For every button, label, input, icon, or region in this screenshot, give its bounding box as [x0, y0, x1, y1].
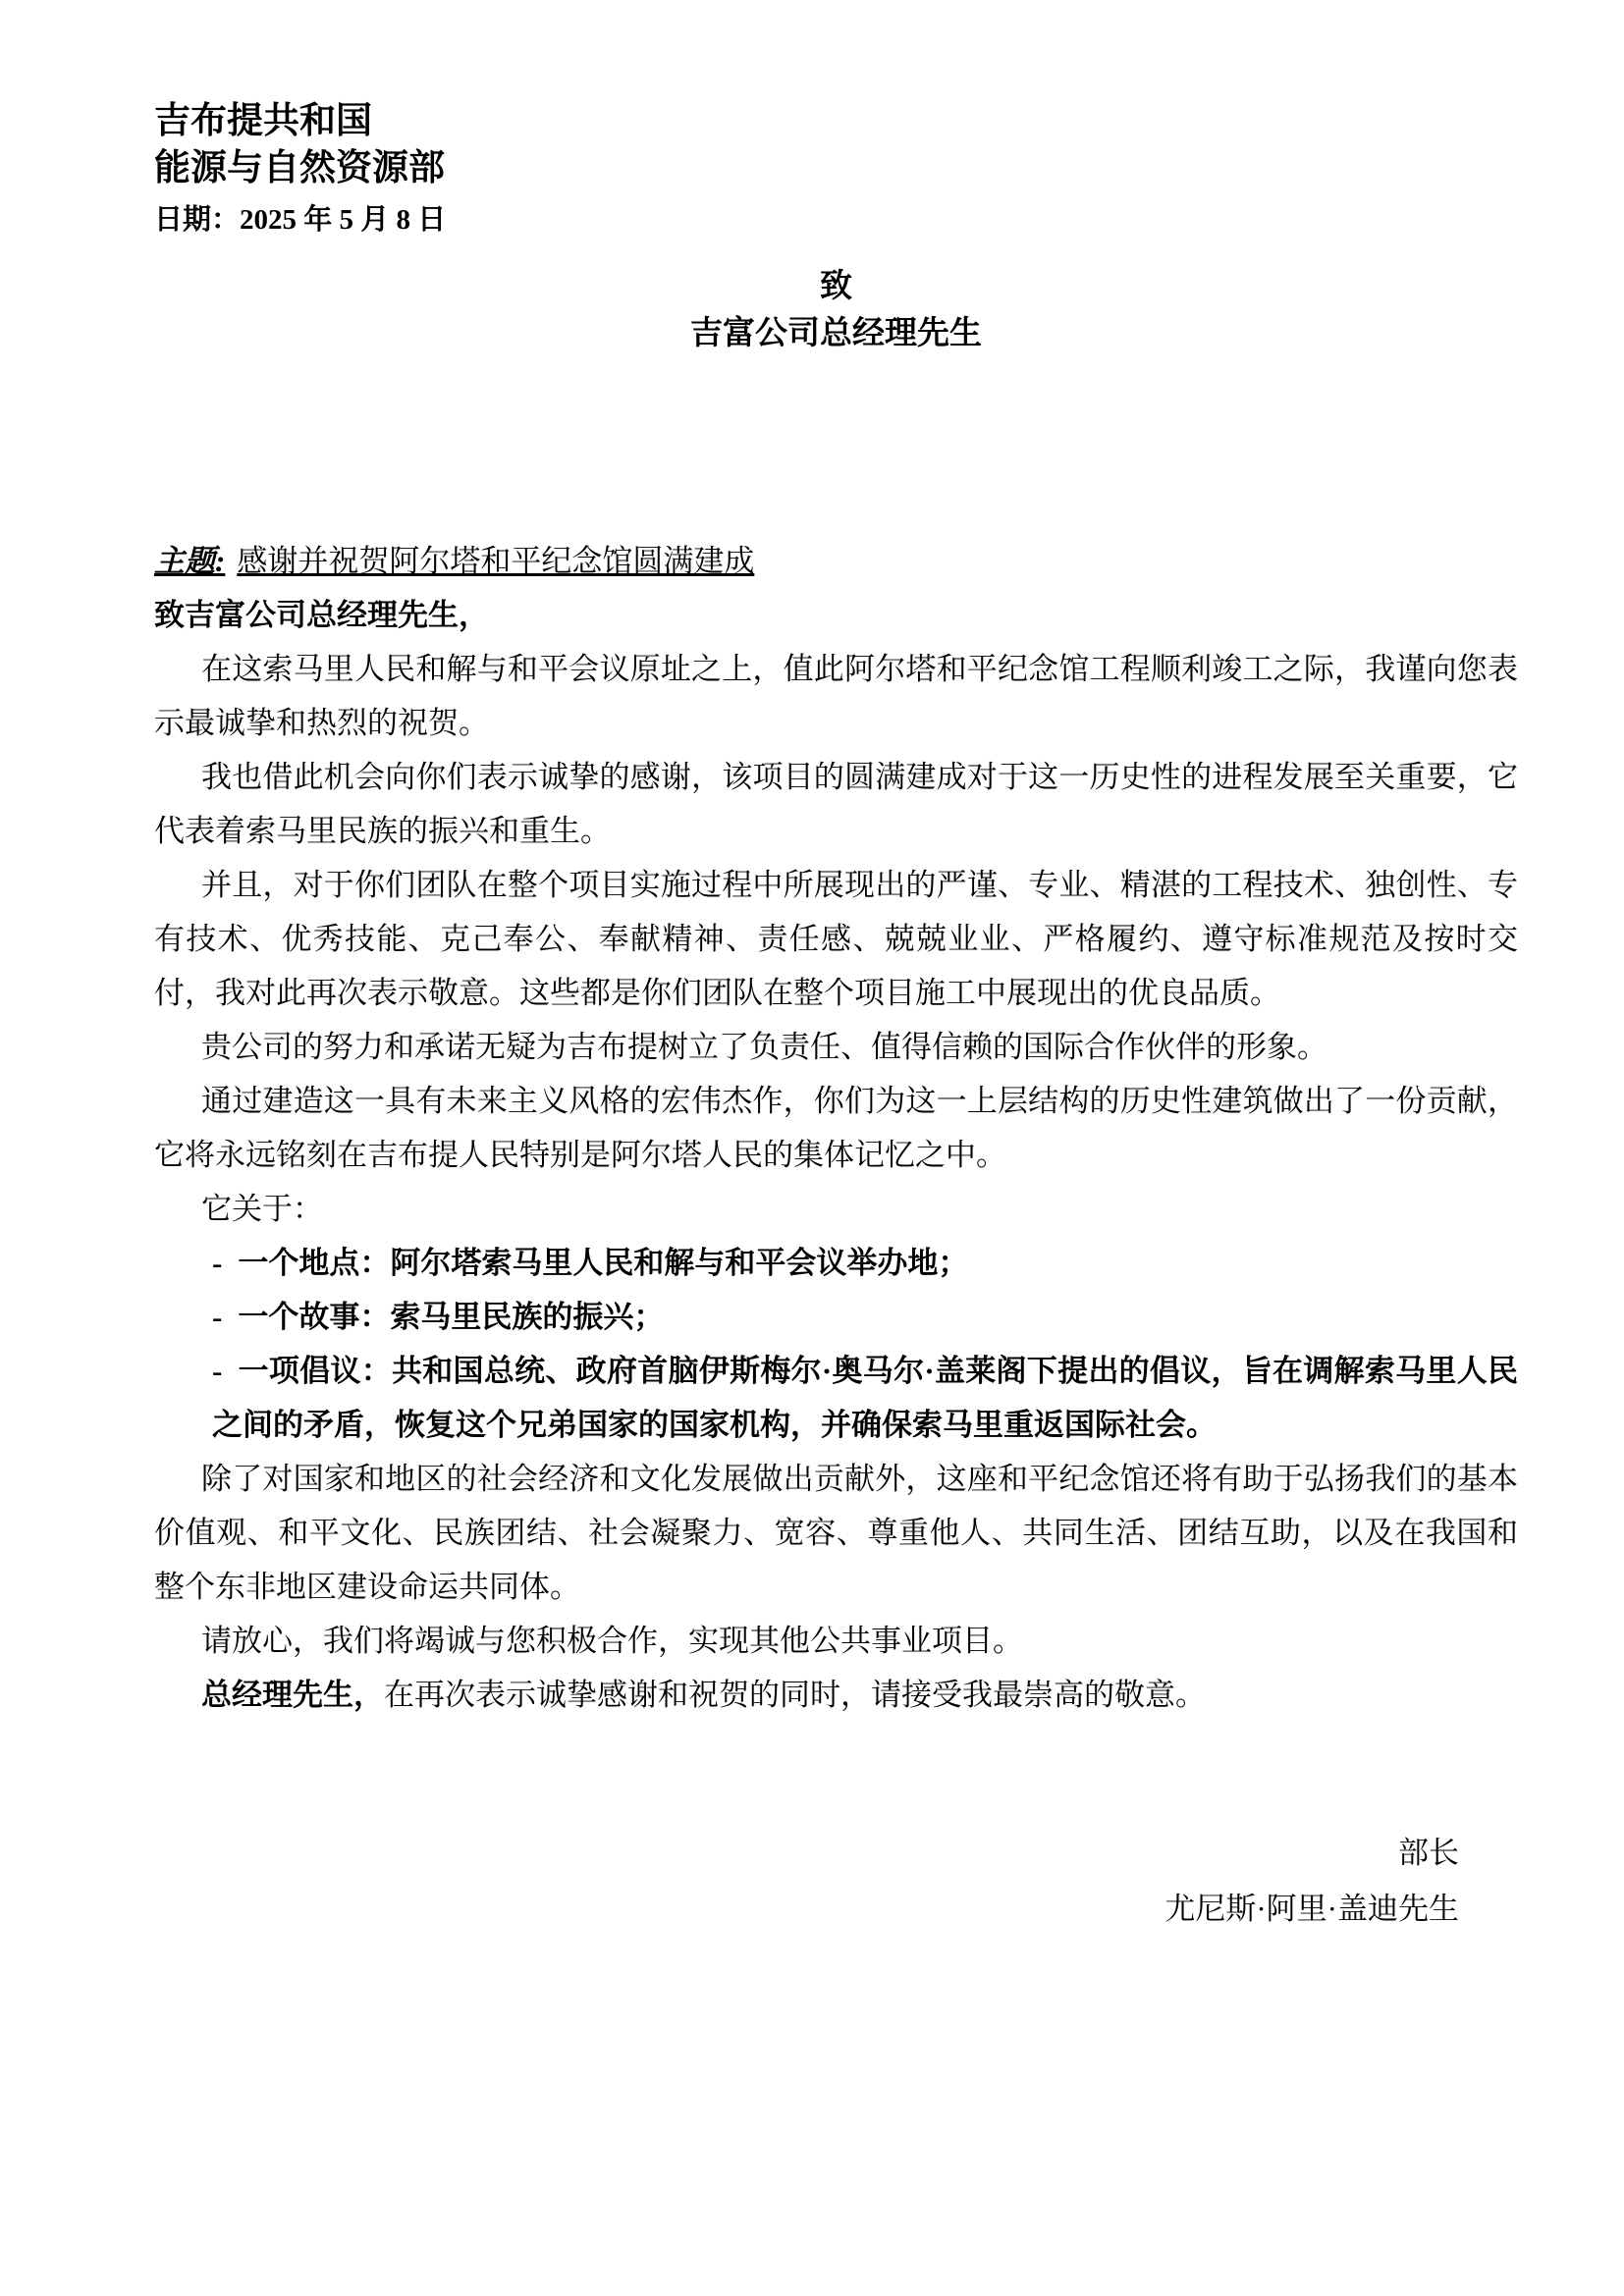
bullet-location: -一个地点：阿尔塔索马里人民和解与和平会议举办地；: [212, 1236, 1518, 1290]
bullet-location-text: 一个地点：阿尔塔索马里人民和解与和平会议举办地；: [238, 1246, 968, 1280]
final-line: 总经理先生，在再次表示诚挚感谢和祝贺的同时，请接受我最崇高的敬意。: [154, 1668, 1518, 1722]
address-to: 致: [154, 263, 1518, 310]
bullet-dash: -: [212, 1246, 238, 1280]
bullet-initiative-text: 一项倡议：共和国总统、政府首脑伊斯梅尔·奥马尔·盖莱阁下提出的倡议，旨在调解索马…: [212, 1354, 1518, 1442]
letter-page: 吉布提共和国 能源与自然资源部 日期：2025 年 5 月 8 日 致 吉富公司…: [0, 0, 1624, 2296]
closing-paragraph-1: 除了对国家和地区的社会经济和文化发展做出贡献外，这座和平纪念馆还将有助于弘扬我们…: [154, 1452, 1518, 1614]
paragraph-2: 我也借此机会向你们表示诚挚的感谢，该项目的圆满建成对于这一历史性的进程发展至关重…: [154, 750, 1518, 858]
signature-title: 部长: [154, 1825, 1459, 1881]
bullet-initiative: -一项倡议：共和国总统、政府首脑伊斯梅尔·奥马尔·盖莱阁下提出的倡议，旨在调解索…: [212, 1344, 1518, 1452]
signature-name: 尤尼斯·阿里·盖迪先生: [154, 1881, 1459, 1937]
bullet-dash: -: [212, 1300, 238, 1334]
final-line-lead: 总经理先生，: [201, 1678, 384, 1712]
header-ministry: 能源与自然资源部: [154, 145, 1518, 192]
subject-line: 主题:感谢并祝贺阿尔塔和平纪念馆圆满建成: [154, 534, 1518, 588]
final-line-text: 在再次表示诚挚感谢和祝贺的同时，请接受我最崇高的敬意。: [384, 1678, 1206, 1712]
paragraph-4: 贵公司的努力和承诺无疑为吉布提树立了负责任、值得信赖的国际合作伙伴的形象。: [154, 1020, 1518, 1074]
paragraph-1: 在这索马里人民和解与和平会议原址之上，值此阿尔塔和平纪念馆工程顺利竣工之际，我谨…: [154, 642, 1518, 750]
list-intro: 它关于：: [154, 1182, 1518, 1236]
address-recipient: 吉富公司总经理先生: [154, 310, 1518, 357]
signature-block: 部长 尤尼斯·阿里·盖迪先生: [154, 1825, 1518, 1937]
subject-text: 感谢并祝贺阿尔塔和平纪念馆圆满建成: [237, 544, 754, 578]
bullet-story: -一个故事：索马里民族的振兴；: [212, 1290, 1518, 1344]
header-date: 日期：2025 年 5 月 8 日: [154, 200, 1518, 240]
address-block: 致 吉富公司总经理先生: [154, 263, 1518, 357]
subject-underline: 主题:感谢并祝贺阿尔塔和平纪念馆圆满建成: [154, 544, 754, 578]
paragraph-5: 通过建造这一具有未来主义风格的宏伟杰作，你们为这一上层结构的历史性建筑做出了一份…: [154, 1074, 1518, 1182]
paragraph-3: 并且，对于你们团队在整个项目实施过程中所展现出的严谨、专业、精湛的工程技术、独创…: [154, 858, 1518, 1020]
subject-label: 主题:: [154, 544, 237, 578]
closing-paragraph-2: 请放心，我们将竭诚与您积极合作，实现其他公共事业项目。: [154, 1614, 1518, 1668]
bullet-dash: -: [212, 1354, 238, 1388]
bullet-story-text: 一个故事：索马里民族的振兴；: [238, 1300, 664, 1334]
salutation: 致吉富公司总经理先生，: [154, 588, 1518, 642]
letter-body: 主题:感谢并祝贺阿尔塔和平纪念馆圆满建成 致吉富公司总经理先生， 在这索马里人民…: [154, 534, 1518, 1722]
header-country: 吉布提共和国: [154, 98, 1518, 145]
